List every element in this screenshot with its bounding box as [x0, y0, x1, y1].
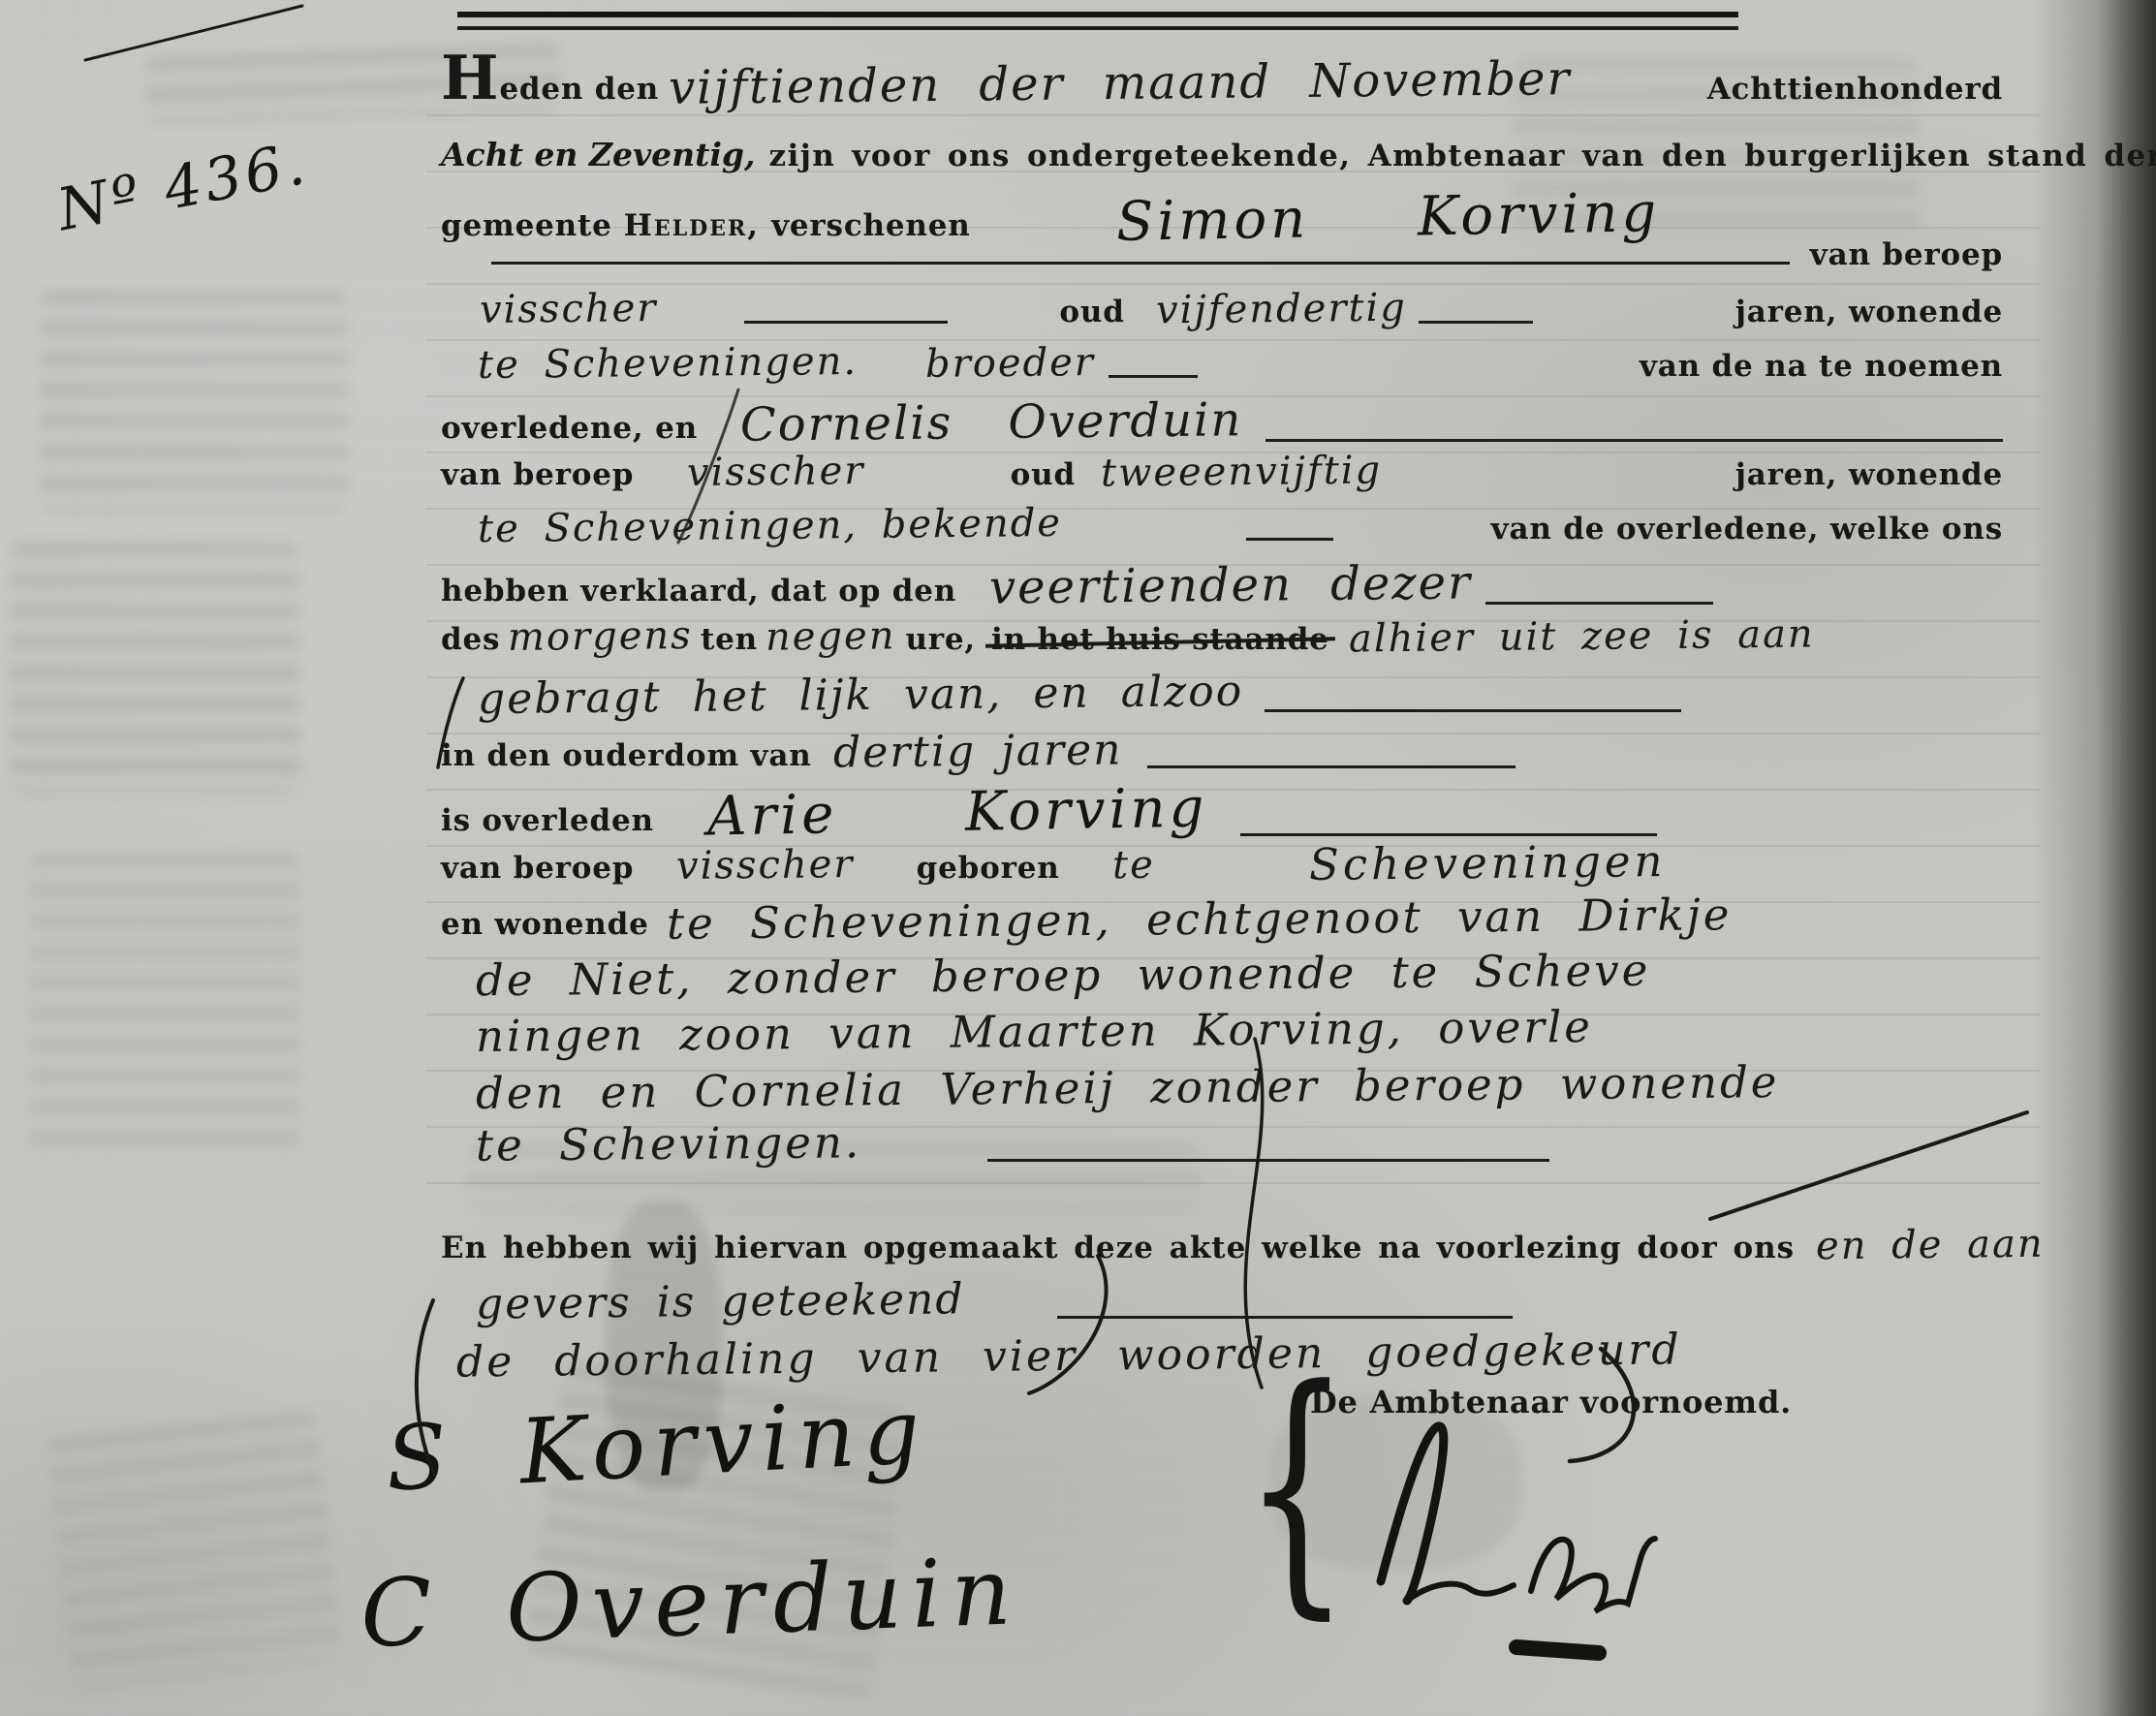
blank-rule: [744, 321, 948, 324]
pencil-smudge: [46, 1411, 342, 1690]
print-natenoemen: van de na te noemen: [1640, 349, 2003, 384]
line-overledene-r5: te Schevingen.: [441, 1118, 2003, 1170]
act-number: Nº 436.: [52, 130, 314, 245]
print-is-overleden: is overleden: [441, 803, 654, 838]
line-overledene-r2: de Niet, zonder beroep wonende te Scheve: [441, 950, 2003, 1001]
print-overledene-en: overledene, en: [441, 411, 698, 446]
hand-ouderdom: dertig jaren: [832, 725, 1122, 777]
blank-rule: [1147, 765, 1515, 768]
hand-overledene-r5: te Schevingen.: [476, 1116, 862, 1170]
book-gutter-shadow: [2032, 0, 2156, 1716]
hand-overledene-r2: de Niet, zonder beroep wonende te Scheve: [476, 945, 1651, 1007]
line-slot-1: En hebben wij hiervan opgemaakt deze akt…: [441, 1223, 2003, 1267]
signature-getuige2: C Overduin: [359, 1537, 1022, 1669]
print-acht-en-zeventig: Acht en Zeventig,: [441, 136, 756, 173]
line-opening-2: Acht en Zeventig, zijn voor ons onderget…: [441, 136, 2003, 173]
bleedthrough-smudge: [29, 853, 300, 1163]
print-van-beroep2: van beroep: [441, 457, 634, 492]
print-doorgehaald: in het huis staande: [991, 622, 1329, 657]
print-heden-den: Heden den: [441, 63, 659, 107]
hand-woonplaats1: te Scheveningen.: [478, 339, 859, 388]
hand-uur: negen: [766, 613, 896, 659]
death-certificate-scan: Nº 436. Heden den vijftienden der maand …: [0, 0, 2156, 1716]
line-comparant2-woonplaats: te Scheveningen, bekende van de overlede…: [441, 504, 2003, 548]
hand-gebragt: gebragt het lijk van, en alzoo: [478, 667, 1244, 724]
hand-woonplaats2: te Scheveningen, bekende: [478, 501, 1062, 551]
blank-rule: [987, 1159, 1549, 1162]
line-overledene-naam: is overleden Arie Korving: [441, 781, 2003, 844]
line-comparant1-beroep: visscher oud vijfendertig jaren, wonende: [441, 287, 2003, 331]
line-ambtenaar: De Ambtenaar voornoemd.: [1310, 1384, 1792, 1420]
hand-overlijdensdatum: veertienden dezer: [989, 555, 1472, 614]
print-des: des: [441, 622, 500, 657]
hand-overledene-r4: den en Cornelia Verheij zonder beroep wo…: [476, 1056, 1780, 1119]
blank-rule: [1265, 709, 1681, 712]
line-verklaring-uur: des morgens ten negen ure, in het huis s…: [441, 614, 2003, 659]
line-verklaring-lijk: gebragt het lijk van, en alzoo: [441, 671, 2003, 720]
hand-comparant2-naam: Cornelis Overduin: [740, 392, 1243, 452]
print-opgemaakt: En hebben wij hiervan opgemaakt deze akt…: [441, 1231, 1795, 1265]
line-ouderdom: in den ouderdom van dertig jaren: [441, 727, 2003, 776]
bleedthrough-smudge: [39, 291, 349, 514]
hand-geboorteplaats: Scheveningen: [1309, 835, 1667, 890]
hand-relatie: broeder: [925, 340, 1095, 387]
print-intro: zijn voor ons ondergeteekende, Ambtenaar…: [769, 139, 2156, 173]
print-van-beroep: van beroep: [1810, 237, 2003, 272]
print-ten: ten: [701, 622, 758, 657]
hand-overledene-r1: te Scheveningen, echtgenoot van Dirkje: [666, 889, 1732, 950]
print-ambtenaar-voornoemd: De Ambtenaar voornoemd.: [1310, 1384, 1792, 1420]
line-comparant2-beroep: van beroep visscher oud tweeenvijftig ja…: [441, 450, 2003, 494]
blank-rule: [1265, 439, 2003, 442]
hand-uit-zee: alhier uit zee is aan: [1348, 611, 1814, 661]
line-slot-3: de doorhaling van vier woorden goedgekeu…: [441, 1331, 2003, 1381]
line-comparant2-naam: overledene, en Cornelis Overduin: [441, 395, 2003, 450]
hand-beroep3: visscher: [676, 842, 855, 889]
print-jaren-wonende1: jaren, wonende: [1735, 295, 2003, 329]
print-ure: ure,: [905, 622, 976, 657]
blank-rule: [1246, 538, 1333, 541]
hand-beroep1: visscher: [480, 286, 658, 332]
print-ouderdom: in den ouderdom van: [441, 738, 812, 773]
bleedthrough-smudge: [10, 543, 300, 795]
line-overledene-beroep: van beroep visscher geboren te Schevenin…: [441, 837, 2003, 889]
line-comparant1-woonplaats: te Scheveningen. broeder van de na te no…: [441, 341, 2003, 386]
line-slot-2: gevers is geteekend: [441, 1277, 2003, 1326]
line-verklaring-datum: hebben verklaard, dat op den veertienden…: [441, 558, 2003, 612]
hand-dagdeel: morgens: [508, 613, 693, 660]
print-van-beroep3: van beroep: [441, 851, 634, 886]
hand-overledene-r3: ningen zoon van Maarten Korving, overle: [476, 1001, 1593, 1062]
print-achttienhonderd: Achttienhonderd: [1707, 72, 2003, 107]
print-welke-ons: van de overledene, welke ons: [1491, 512, 2003, 546]
line-overledene-r4: den en Cornelia Verheij zonder beroep wo…: [441, 1062, 2003, 1113]
hand-gevers-geteekend: gevers is geteekend: [476, 1274, 965, 1328]
hand-date: vijftienden der maand November: [669, 51, 1572, 115]
blank-rule: [1419, 321, 1533, 324]
line-beroep-rule: van beroep: [441, 237, 2003, 272]
hand-doorhaling: de doorhaling van vier woorden goedgekeu…: [456, 1325, 1682, 1387]
print-oud1: oud: [1059, 295, 1124, 329]
hand-beroep2: visscher: [687, 449, 865, 495]
line-overledene-r1: en wonende te Scheveningen, echtgenoot v…: [441, 893, 2003, 945]
hand-geboren-te: te: [1111, 843, 1154, 888]
print-jaren-wonende2: jaren, wonende: [1735, 457, 2003, 492]
blank-rule: [1057, 1316, 1513, 1319]
print-en-wonende: en wonende: [441, 907, 649, 942]
print-hebben-verklaard: hebben verklaard, dat op den: [441, 574, 956, 608]
hand-en-de-aan: en de aan: [1816, 1222, 2045, 1268]
blank-rule: [491, 262, 1790, 265]
blank-rule: [1109, 375, 1198, 378]
top-double-rule: [457, 12, 1738, 30]
print-geboren: geboren: [917, 851, 1060, 886]
line-overledene-r3: ningen zoon van Maarten Korving, overle: [441, 1006, 2003, 1057]
brace-glyph: {: [1243, 1355, 1351, 1620]
hand-leeftijd2: tweeenvijftig: [1101, 448, 1383, 495]
hand-leeftijd1: vijfendertig: [1155, 286, 1406, 333]
blank-rule: [1485, 602, 1713, 605]
line-opening-1: Heden den vijftienden der maand November…: [441, 56, 2003, 110]
print-oud2: oud: [1011, 457, 1076, 492]
